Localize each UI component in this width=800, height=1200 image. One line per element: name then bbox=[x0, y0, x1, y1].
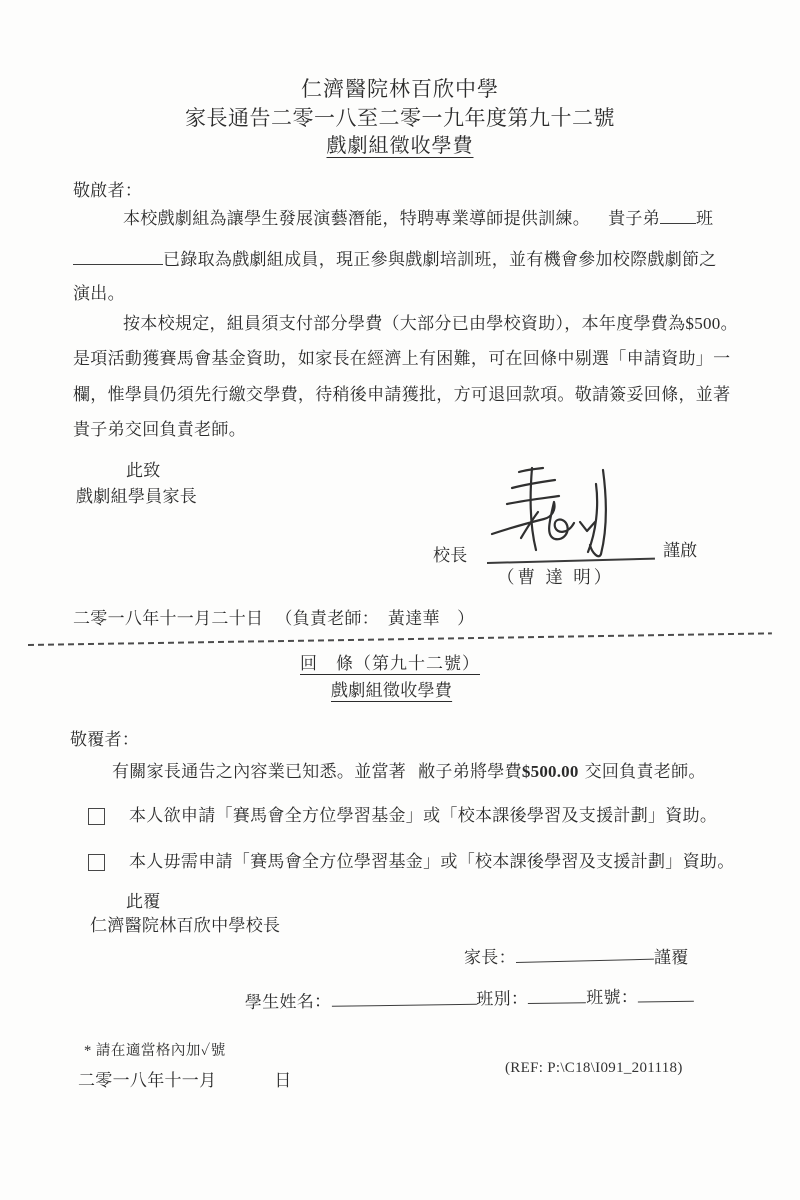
parent-signature-blank bbox=[515, 942, 653, 963]
student-name-label: 學生姓名： bbox=[245, 992, 332, 1012]
fee-amount: $500.00 bbox=[522, 762, 579, 781]
letter-paragraph1-line3: 演出。 bbox=[73, 283, 125, 304]
class-blank-line bbox=[660, 206, 696, 224]
apply-subsidy-checkbox[interactable] bbox=[88, 808, 105, 825]
reply-closing: 此覆 bbox=[126, 891, 161, 912]
no-subsidy-checkbox[interactable] bbox=[88, 854, 105, 871]
letter-recipient: 戲劇組學員家長 bbox=[76, 486, 197, 507]
issue-date: 二零一八年十一月二十日 bbox=[73, 609, 263, 628]
letter-date-line: 二零一八年十一月二十日（負責老師： 黃達華 ） bbox=[73, 608, 474, 629]
class-label: 班別： bbox=[476, 989, 528, 1009]
letter-paragraph1-line1: 本校戲劇組為讓學生發展演藝潛能，特聘專業導師提供訓練。貴子弟班 bbox=[123, 206, 713, 229]
letter-paragraph1-line2: 已錄取為戲劇組成員，現正參與戲劇培訓班，並有機會參加校際戲劇節之 bbox=[73, 247, 717, 270]
student-name-blank bbox=[331, 987, 476, 1007]
reply-recipient: 仁濟醫院林百欣中學校長 bbox=[90, 915, 280, 936]
letter-paragraph2-line4: 貴子弟交回負責老師。 bbox=[73, 419, 246, 440]
class-no-label: 班號： bbox=[586, 988, 638, 1008]
reply-date-day: 日 bbox=[274, 1071, 291, 1090]
reply-salutation: 敬覆者： bbox=[70, 729, 139, 750]
principal-label: 校長 bbox=[433, 545, 468, 566]
p1l1-your-child: 貴子弟 bbox=[608, 209, 660, 228]
letter-paragraph2-line2: 是項活動獲賽馬會基金資助，如家長在經濟上有困難，可在回條中剔選「申請資助」一 bbox=[73, 348, 730, 369]
p1l1-class-suffix: 班 bbox=[696, 209, 713, 228]
letter-paragraph2-line3: 欄，惟學員仍須先行繳交學費，待稍後申請獲批，方可退回款項。敬請簽妥回條，並著 bbox=[73, 384, 730, 405]
document-reference: (REF: P:\C18\I091_201118) bbox=[505, 1059, 683, 1078]
reply-slip-title: 回 條（第九十二號） bbox=[300, 653, 480, 674]
apply-subsidy-option-label: 本人欲申請「賽馬會全方位學習基金」或「校本課後學習及支援計劃」資助。 bbox=[129, 805, 717, 826]
reply-slip-subject: 戲劇組徵收學費 bbox=[331, 680, 452, 701]
reply-date-row: 二零一八年十一月日 bbox=[78, 1070, 292, 1091]
class-blank bbox=[528, 985, 586, 1004]
tear-off-dashed-line bbox=[28, 632, 772, 646]
student-info-row: 學生姓名：班別：班號： bbox=[245, 984, 695, 1014]
parent-signoff: 謹覆 bbox=[654, 948, 689, 967]
letter-closing: 此致 bbox=[126, 460, 161, 481]
reply-body-ack: 有關家長通告之內容業已知悉。並當著 bbox=[112, 762, 406, 781]
notice-number-line: 家長通告二零一八至二零一九年度第九十二號 bbox=[0, 105, 800, 131]
school-name: 仁濟醫院林百欣中學 bbox=[0, 76, 800, 102]
student-name-blank-line bbox=[73, 247, 163, 265]
p1l2-text: 已錄取為戲劇組成員，現正參與戲劇培訓班，並有機會參加校際戲劇節之 bbox=[163, 250, 717, 269]
notice-subject-title: 戲劇組徵收學費 bbox=[0, 134, 800, 159]
parent-signature-row: 家長：謹覆 bbox=[464, 945, 689, 968]
reply-body-line: 有關家長通告之內容業已知悉。並當著敝子弟將學費$500.00交回負責老師。 bbox=[112, 761, 706, 782]
reply-body-return: 交回負責老師。 bbox=[585, 762, 706, 781]
scanned-school-notice: 仁濟醫院林百欣中學 家長通告二零一八至二零一九年度第九十二號 戲劇組徵收學費 敬… bbox=[0, 0, 800, 1200]
letter-salutation: 敬啟者： bbox=[73, 180, 142, 201]
principal-signature bbox=[492, 452, 652, 564]
tick-instruction-footnote: * 請在適當格內加✓號 bbox=[84, 1042, 226, 1060]
p1l1-text: 本校戲劇組為讓學生發展演藝潛能，特聘專業導師提供訓練。 bbox=[123, 209, 590, 228]
letter-paragraph2-line1: 按本校規定，組員須支付部分學費（大部分已由學校資助），本年度學費為$500。 bbox=[123, 313, 738, 334]
no-subsidy-option-label: 本人毋需申請「賽馬會全方位學習基金」或「校本課後學習及支援計劃」資助。 bbox=[129, 851, 735, 872]
class-no-blank bbox=[638, 984, 694, 1003]
teacher-in-charge: （負責老師： 黃達華 ） bbox=[275, 609, 474, 628]
reply-date-prefix: 二零一八年十一月 bbox=[78, 1071, 216, 1090]
principal-name: （曹 達 明） bbox=[497, 567, 614, 589]
principal-signoff: 謹啟 bbox=[663, 540, 698, 561]
reply-body-child: 敝子弟將學費 bbox=[418, 762, 522, 781]
parent-label: 家長： bbox=[464, 948, 516, 967]
